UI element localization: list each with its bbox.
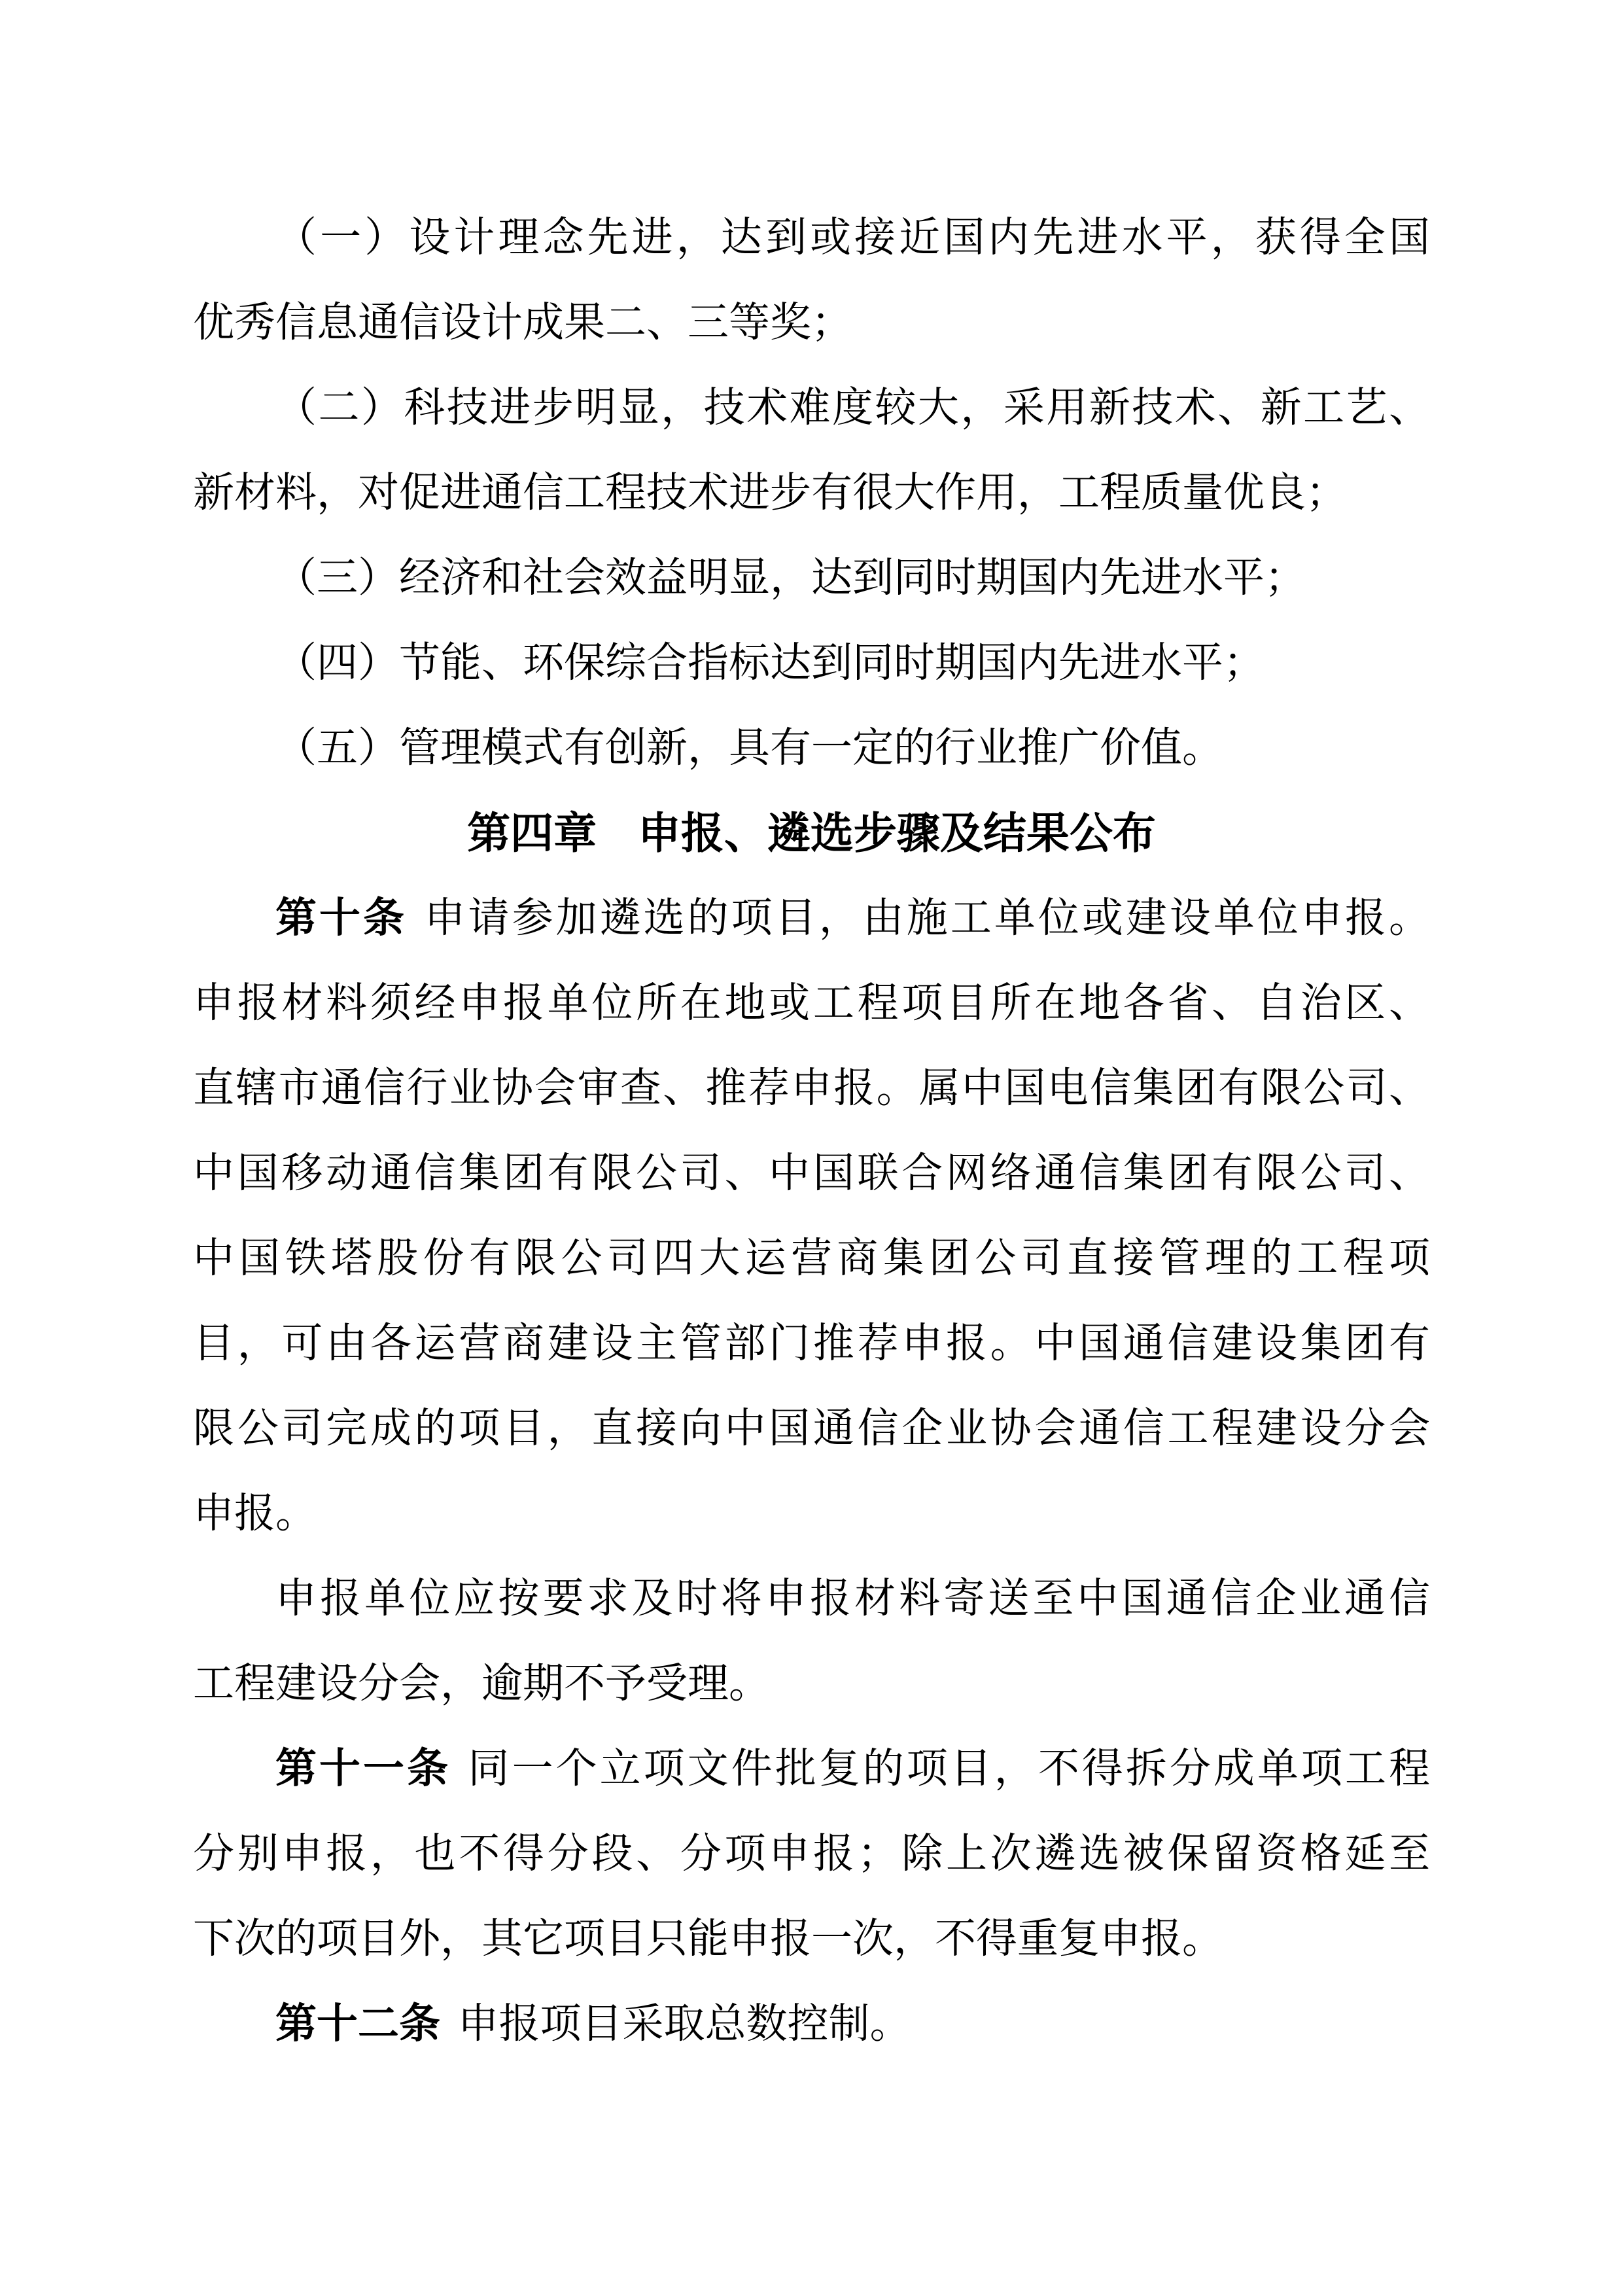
- document-body: （一）设计理念先进，达到或接近国内先进水平，获得全国 优秀信息通信设计成果二、三…: [193, 195, 1430, 2066]
- paragraph-line: 第十一条同一个立项文件批复的项目，不得拆分成单项工程: [193, 1726, 1430, 1811]
- chapter-number: 第四章: [467, 809, 597, 857]
- paragraph-line: （四）节能、环保综合指标达到同时期国内先进水平；: [193, 620, 1430, 705]
- paragraph-line: 第十二条申报项目采取总数控制。: [193, 1981, 1430, 2066]
- paragraph-line: （三）经济和社会效益明显，达到同时期国内先进水平；: [193, 535, 1430, 620]
- paragraph-line: 目，可由各运营商建设主管部门推荐申报。中国通信建设集团有: [193, 1301, 1430, 1386]
- line-text: 申请参加遴选的项目，由施工单位或建设单位申报。: [425, 895, 1430, 941]
- paragraph-line: 中国铁塔股份有限公司四大运营商集团公司直接管理的工程项: [193, 1216, 1430, 1301]
- paragraph-line: 优秀信息通信设计成果二、三等奖；: [193, 280, 1430, 365]
- paragraph-line: 直辖市通信行业协会审查、推荐申报。属中国电信集团有限公司、: [193, 1046, 1430, 1131]
- chapter-heading: 第四章申报、遴选步骤及结果公布: [193, 790, 1430, 875]
- document-page: （一）设计理念先进，达到或接近国内先进水平，获得全国 优秀信息通信设计成果二、三…: [0, 0, 1623, 2296]
- paragraph-line: 工程建设分会，逾期不予受理。: [193, 1641, 1430, 1726]
- chapter-title: 申报、遴选步骤及结果公布: [638, 809, 1156, 857]
- article-number: 第十条: [275, 895, 407, 941]
- article-number: 第十二条: [275, 2001, 440, 2047]
- paragraph-line: （一）设计理念先进，达到或接近国内先进水平，获得全国: [193, 195, 1430, 280]
- line-text: 申报项目采取总数控制。: [457, 2001, 911, 2047]
- line-text: 同一个立项文件批复的项目，不得拆分成单项工程: [468, 1746, 1430, 1792]
- paragraph-line: 中国移动通信集团有限公司、中国联合网络通信集团有限公司、: [193, 1131, 1430, 1216]
- paragraph-line: 第十条申请参加遴选的项目，由施工单位或建设单位申报。: [193, 875, 1430, 961]
- paragraph-line: （五）管理模式有创新，具有一定的行业推广价值。: [193, 705, 1430, 790]
- paragraph-line: 新材料，对促进通信工程技术进步有很大作用，工程质量优良；: [193, 450, 1430, 535]
- paragraph-line: 申报。: [193, 1471, 1430, 1556]
- paragraph-line: （二）科技进步明显，技术难度较大，采用新技术、新工艺、: [193, 365, 1430, 450]
- article-number: 第十一条: [275, 1746, 451, 1792]
- paragraph-line: 申报单位应按要求及时将申报材料寄送至中国通信企业通信: [193, 1556, 1430, 1641]
- paragraph-line: 限公司完成的项目，直接向中国通信企业协会通信工程建设分会: [193, 1386, 1430, 1471]
- paragraph-line: 下次的项目外，其它项目只能申报一次，不得重复申报。: [193, 1896, 1430, 1981]
- paragraph-line: 申报材料须经申报单位所在地或工程项目所在地各省、自治区、: [193, 961, 1430, 1046]
- paragraph-line: 分别申报，也不得分段、分项申报；除上次遴选被保留资格延至: [193, 1811, 1430, 1896]
